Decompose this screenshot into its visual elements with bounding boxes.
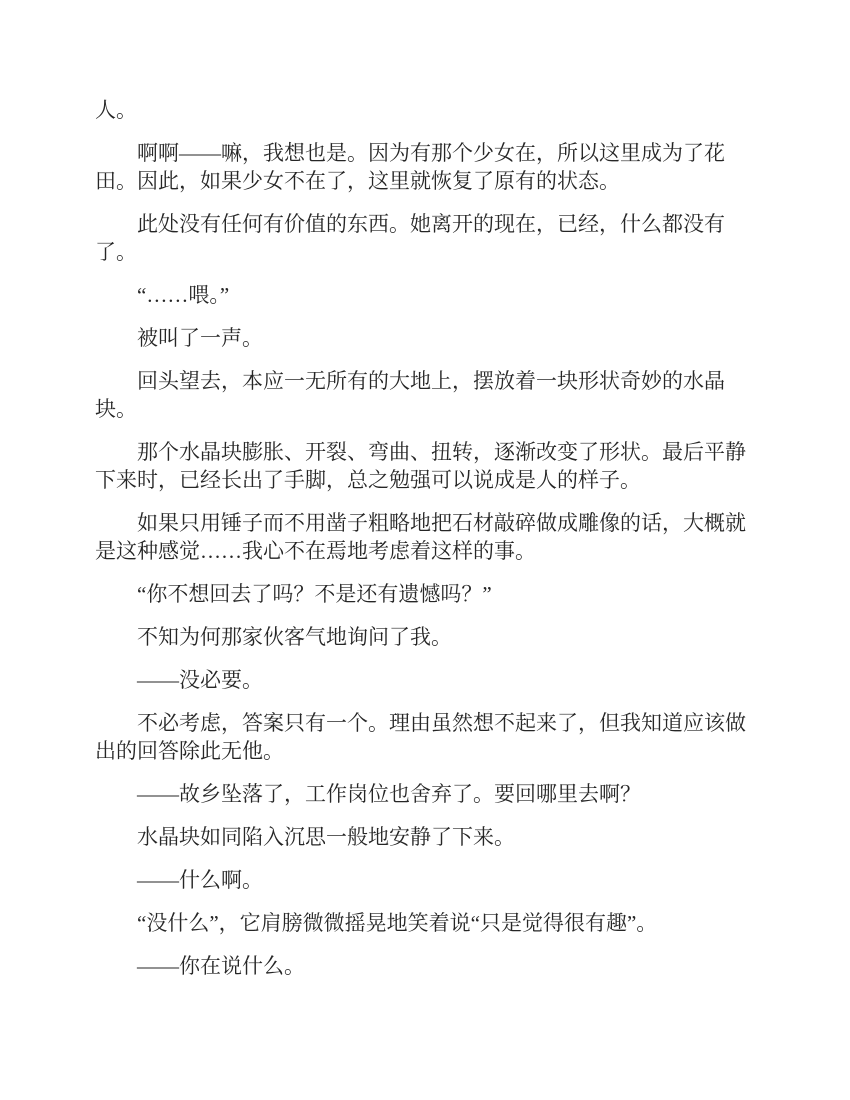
paragraph: 人。 <box>95 96 750 124</box>
paragraph: 那个水晶块膨胀、开裂、弯曲、扭转，逐渐改变了形状。最后平静下来时，已经长出了手脚… <box>95 438 750 494</box>
paragraph: ——什么啊。 <box>95 866 750 894</box>
paragraph: 回头望去，本应一无所有的大地上，摆放着一块形状奇妙的水晶块。 <box>95 367 750 423</box>
paragraph: ——故乡坠落了，工作岗位也舍弃了。要回哪里去啊？ <box>95 780 750 808</box>
paragraph: 被叫了一声。 <box>95 324 750 352</box>
paragraph: 此处没有任何有价值的东西。她离开的现在，已经，什么都没有了。 <box>95 210 750 266</box>
paragraph: 不知为何那家伙客气地询问了我。 <box>95 623 750 651</box>
paragraph: “没什么”，它肩膀微微摇晃地笑着说“只是觉得很有趣”。 <box>95 909 750 937</box>
paragraph: 水晶块如同陷入沉思一般地安静了下来。 <box>95 823 750 851</box>
paragraph: ——你在说什么。 <box>95 952 750 980</box>
document-page: 人。啊啊——嘛，我想也是。因为有那个少女在，所以这里成为了花田。因此，如果少女不… <box>0 0 850 1100</box>
paragraph: “……喂。” <box>95 281 750 309</box>
text-block: 人。啊啊——嘛，我想也是。因为有那个少女在，所以这里成为了花田。因此，如果少女不… <box>95 96 750 980</box>
paragraph: 不必考虑，答案只有一个。理由虽然想不起来了，但我知道应该做出的回答除此无他。 <box>95 709 750 765</box>
paragraph: 如果只用锤子而不用凿子粗略地把石材敲碎做成雕像的话，大概就是这种感觉……我心不在… <box>95 509 750 565</box>
paragraph: “你不想回去了吗？不是还有遗憾吗？” <box>95 580 750 608</box>
paragraph: 啊啊——嘛，我想也是。因为有那个少女在，所以这里成为了花田。因此，如果少女不在了… <box>95 139 750 195</box>
paragraph: ——没必要。 <box>95 666 750 694</box>
